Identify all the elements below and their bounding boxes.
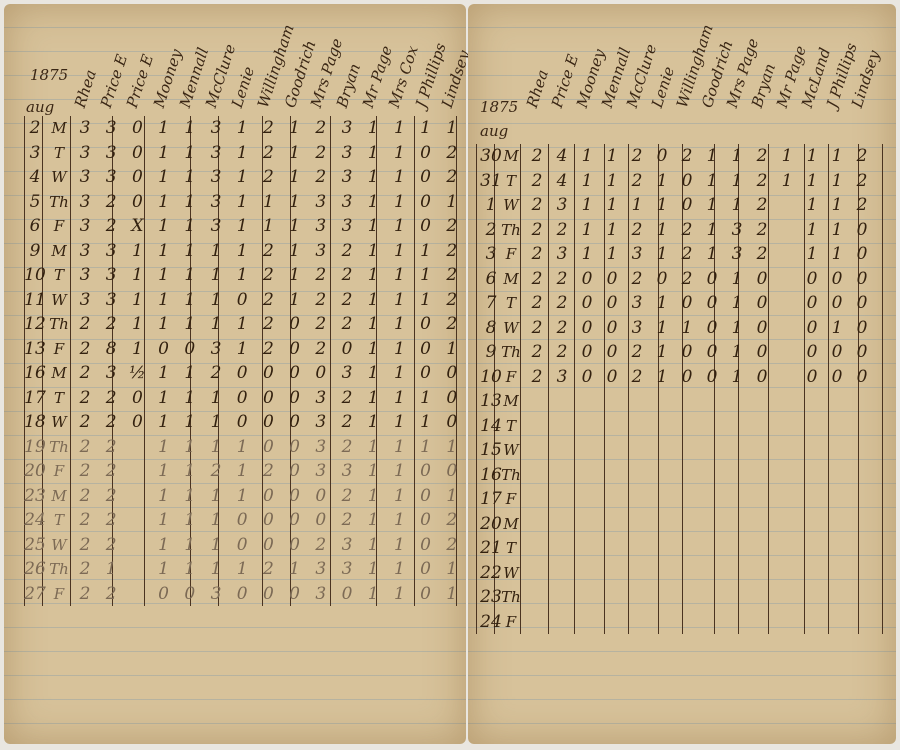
row-weekday: W bbox=[48, 410, 70, 434]
tally-cell: 3 bbox=[551, 193, 573, 217]
ledger-row: 20M bbox=[468, 512, 896, 537]
tally-cell: 1 bbox=[826, 242, 848, 266]
tally-cell: 1 bbox=[801, 144, 823, 168]
tally-cell: 0 bbox=[257, 410, 279, 434]
row-weekday: Th bbox=[48, 435, 70, 459]
tally-cell: 1 bbox=[801, 169, 823, 193]
tally-cell: 1 bbox=[179, 165, 201, 189]
tally-cell: 2 bbox=[310, 288, 332, 312]
row-date: 16 bbox=[480, 463, 502, 487]
ledger-row: 17F bbox=[468, 487, 896, 512]
tally-cell: 0 bbox=[576, 316, 598, 340]
row-weekday: Th bbox=[48, 190, 70, 214]
tally-cell: 1 bbox=[231, 435, 253, 459]
tally-cell: 1 bbox=[231, 116, 253, 140]
tally-cell: 2 bbox=[336, 386, 358, 410]
row-date: 3 bbox=[480, 242, 502, 266]
tally-cell: 2 bbox=[676, 267, 698, 291]
tally-cell: 1 bbox=[388, 239, 410, 263]
tally-cell: 2 bbox=[626, 144, 648, 168]
tally-cell: 0 bbox=[851, 218, 873, 242]
ledger-row: 25W22111000231102 bbox=[4, 533, 466, 558]
tally-cell: 3 bbox=[551, 365, 573, 389]
tally-cell: 1 bbox=[153, 141, 175, 165]
row-weekday: W bbox=[500, 316, 522, 340]
row-date: 27 bbox=[24, 582, 46, 606]
row-date: 17 bbox=[24, 386, 46, 410]
tally-cell: 1 bbox=[801, 193, 823, 217]
tally-cell: 1 bbox=[701, 242, 723, 266]
tally-cell: 1 bbox=[651, 193, 673, 217]
tally-cell: 0 bbox=[126, 190, 148, 214]
tally-cell: 3 bbox=[100, 141, 122, 165]
row-date: 6 bbox=[480, 267, 502, 291]
ledger-row: 27F22003000301101 bbox=[4, 582, 466, 607]
tally-cell: 0 bbox=[310, 484, 332, 508]
tally-cell: 1 bbox=[415, 116, 437, 140]
tally-cell: 2 bbox=[257, 459, 279, 483]
tally-cell: 1 bbox=[826, 169, 848, 193]
tally-cell: 1 bbox=[153, 435, 175, 459]
tally-cell: 0 bbox=[701, 291, 723, 315]
tally-cell: 1 bbox=[179, 214, 201, 238]
row-weekday: Th bbox=[500, 218, 522, 242]
tally-cell: 0 bbox=[284, 533, 306, 557]
row-weekday: M bbox=[48, 361, 70, 385]
tally-cell: 1 bbox=[231, 141, 253, 165]
row-date: 25 bbox=[24, 533, 46, 557]
tally-cell: 1 bbox=[153, 288, 175, 312]
tally-cell: 2 bbox=[626, 267, 648, 291]
tally-cell: 1 bbox=[776, 169, 798, 193]
row-weekday: Th bbox=[48, 312, 70, 336]
tally-cell: 1 bbox=[388, 459, 410, 483]
tally-cell: 2 bbox=[551, 267, 573, 291]
tally-cell: 0 bbox=[441, 361, 463, 385]
tally-cell: X bbox=[126, 214, 148, 238]
tally-cell: 1 bbox=[776, 144, 798, 168]
tally-cell: 0 bbox=[676, 193, 698, 217]
tally-cell: 1 bbox=[362, 361, 384, 385]
row-weekday: W bbox=[48, 288, 70, 312]
tally-cell: ½ bbox=[126, 361, 148, 385]
tally-cell: 1 bbox=[231, 239, 253, 263]
tally-cell: 2 bbox=[257, 165, 279, 189]
tally-cell: 2 bbox=[100, 214, 122, 238]
tally-cell: 0 bbox=[415, 533, 437, 557]
tally-cell: 1 bbox=[415, 288, 437, 312]
tally-cell: 1 bbox=[205, 557, 227, 581]
tally-cell: 1 bbox=[441, 190, 463, 214]
tally-cell: 1 bbox=[726, 291, 748, 315]
tally-cell: 0 bbox=[751, 365, 773, 389]
right-attendance-grid: 30M2411202112111231T241121011211121W2311… bbox=[468, 144, 896, 634]
tally-cell: 2 bbox=[441, 214, 463, 238]
row-date: 7 bbox=[480, 291, 502, 315]
tally-cell: 1 bbox=[651, 316, 673, 340]
tally-cell: 3 bbox=[205, 141, 227, 165]
tally-cell: 8 bbox=[100, 337, 122, 361]
tally-cell: 1 bbox=[231, 263, 253, 287]
tally-cell: 1 bbox=[205, 288, 227, 312]
row-date: 19 bbox=[24, 435, 46, 459]
tally-cell: 2 bbox=[310, 141, 332, 165]
tally-cell: 1 bbox=[153, 263, 175, 287]
tally-cell: 3 bbox=[310, 435, 332, 459]
tally-cell: 0 bbox=[441, 459, 463, 483]
ledger-left-page: RheaPrice EPrice EMooneyMennallMcClureLe… bbox=[4, 4, 466, 744]
tally-cell: 1 bbox=[362, 435, 384, 459]
row-weekday: M bbox=[500, 144, 522, 168]
tally-cell: 0 bbox=[601, 340, 623, 364]
tally-cell: 0 bbox=[179, 582, 201, 606]
tally-cell: 1 bbox=[126, 337, 148, 361]
tally-cell: 2 bbox=[100, 190, 122, 214]
tally-cell: 1 bbox=[179, 190, 201, 214]
ledger-row: 12Th221111120221102 bbox=[4, 312, 466, 337]
tally-cell: 2 bbox=[205, 459, 227, 483]
row-date: 21 bbox=[480, 536, 502, 560]
tally-cell: 1 bbox=[362, 484, 384, 508]
tally-cell: 1 bbox=[179, 361, 201, 385]
tally-cell: 1 bbox=[415, 410, 437, 434]
tally-cell: 2 bbox=[751, 193, 773, 217]
tally-cell: 2 bbox=[257, 263, 279, 287]
tally-cell: 3 bbox=[74, 190, 96, 214]
tally-cell: 3 bbox=[205, 116, 227, 140]
tally-cell: 1 bbox=[231, 165, 253, 189]
tally-cell: 2 bbox=[100, 459, 122, 483]
tally-cell: 0 bbox=[576, 340, 598, 364]
tally-cell: 2 bbox=[676, 144, 698, 168]
row-weekday: T bbox=[500, 536, 522, 560]
tally-cell: 2 bbox=[310, 116, 332, 140]
tally-cell: 1 bbox=[388, 386, 410, 410]
tally-cell: 0 bbox=[851, 365, 873, 389]
tally-cell: 0 bbox=[231, 533, 253, 557]
tally-cell: 1 bbox=[362, 312, 384, 336]
tally-cell: 1 bbox=[601, 193, 623, 217]
tally-cell: 1 bbox=[826, 218, 848, 242]
tally-cell: 3 bbox=[310, 582, 332, 606]
row-weekday: F bbox=[48, 337, 70, 361]
tally-cell: 2 bbox=[100, 484, 122, 508]
row-weekday: F bbox=[48, 214, 70, 238]
tally-cell: 3 bbox=[336, 533, 358, 557]
ledger-row: 3F2311312132110 bbox=[468, 242, 896, 267]
tally-cell: 1 bbox=[231, 459, 253, 483]
tally-cell: 1 bbox=[388, 190, 410, 214]
ledger-row: 14T bbox=[468, 414, 896, 439]
row-date: 12 bbox=[24, 312, 46, 336]
tally-cell: 1 bbox=[362, 508, 384, 532]
ledger-row: 7T2200310010000 bbox=[468, 291, 896, 316]
tally-cell: 0 bbox=[257, 361, 279, 385]
tally-cell: 1 bbox=[179, 141, 201, 165]
tally-cell: 2 bbox=[310, 312, 332, 336]
tally-cell: 2 bbox=[100, 410, 122, 434]
tally-cell: 0 bbox=[676, 291, 698, 315]
tally-cell: 2 bbox=[100, 533, 122, 557]
tally-cell: 2 bbox=[257, 141, 279, 165]
tally-cell: 1 bbox=[441, 557, 463, 581]
row-date: 3 bbox=[24, 141, 46, 165]
tally-cell: 0 bbox=[284, 312, 306, 336]
row-weekday: M bbox=[48, 239, 70, 263]
tally-cell: 3 bbox=[100, 263, 122, 287]
tally-cell: 2 bbox=[74, 557, 96, 581]
tally-cell: 0 bbox=[284, 459, 306, 483]
ledger-row: 10T331111121221112 bbox=[4, 263, 466, 288]
tally-cell: 2 bbox=[336, 288, 358, 312]
tally-cell: 0 bbox=[284, 410, 306, 434]
tally-cell: 1 bbox=[205, 410, 227, 434]
row-weekday: T bbox=[48, 141, 70, 165]
tally-cell: 2 bbox=[310, 337, 332, 361]
tally-cell: 2 bbox=[336, 508, 358, 532]
row-weekday: T bbox=[500, 169, 522, 193]
tally-cell: 1 bbox=[415, 263, 437, 287]
tally-cell: 0 bbox=[576, 365, 598, 389]
tally-cell: 2 bbox=[336, 410, 358, 434]
tally-cell: 0 bbox=[851, 267, 873, 291]
tally-cell: 1 bbox=[126, 263, 148, 287]
tally-cell: 1 bbox=[205, 484, 227, 508]
tally-cell: 3 bbox=[205, 214, 227, 238]
tally-cell: 2 bbox=[526, 144, 548, 168]
tally-cell: 1 bbox=[576, 242, 598, 266]
tally-cell: 1 bbox=[388, 533, 410, 557]
row-date: 24 bbox=[480, 610, 502, 634]
tally-cell: 1 bbox=[576, 169, 598, 193]
tally-cell: 1 bbox=[362, 214, 384, 238]
tally-cell: 2 bbox=[851, 169, 873, 193]
tally-cell: 1 bbox=[284, 190, 306, 214]
row-weekday: M bbox=[500, 267, 522, 291]
tally-cell: 1 bbox=[153, 557, 175, 581]
tally-cell: 1 bbox=[153, 214, 175, 238]
tally-cell: 0 bbox=[851, 291, 873, 315]
ledger-row: 1W2311110112112 bbox=[468, 193, 896, 218]
tally-cell: 2 bbox=[441, 288, 463, 312]
tally-cell: 0 bbox=[751, 340, 773, 364]
row-weekday: M bbox=[500, 512, 522, 536]
tally-cell: 1 bbox=[231, 312, 253, 336]
row-weekday: T bbox=[48, 386, 70, 410]
tally-cell: 0 bbox=[415, 190, 437, 214]
tally-cell: 3 bbox=[310, 410, 332, 434]
tally-cell: 1 bbox=[179, 116, 201, 140]
tally-cell: 3 bbox=[310, 557, 332, 581]
tally-cell: 2 bbox=[310, 533, 332, 557]
row-weekday: M bbox=[48, 116, 70, 140]
tally-cell: 2 bbox=[74, 508, 96, 532]
tally-cell: 2 bbox=[526, 242, 548, 266]
tally-cell: 0 bbox=[126, 410, 148, 434]
tally-cell: 0 bbox=[284, 484, 306, 508]
tally-cell: 1 bbox=[651, 242, 673, 266]
row-date: 23 bbox=[480, 585, 502, 609]
row-weekday: F bbox=[500, 487, 522, 511]
tally-cell: 0 bbox=[751, 316, 773, 340]
tally-cell: 0 bbox=[676, 365, 698, 389]
tally-cell: 1 bbox=[179, 533, 201, 557]
tally-cell: 3 bbox=[726, 242, 748, 266]
tally-cell: 0 bbox=[231, 508, 253, 532]
tally-cell: 1 bbox=[179, 508, 201, 532]
tally-cell: 1 bbox=[362, 141, 384, 165]
tally-cell: 1 bbox=[576, 193, 598, 217]
tally-cell: 1 bbox=[153, 361, 175, 385]
row-date: 17 bbox=[480, 487, 502, 511]
tally-cell: 1 bbox=[726, 365, 748, 389]
tally-cell: 1 bbox=[676, 316, 698, 340]
tally-cell: 2 bbox=[336, 435, 358, 459]
row-date: 6 bbox=[24, 214, 46, 238]
tally-cell: 2 bbox=[851, 193, 873, 217]
tally-cell: 2 bbox=[441, 508, 463, 532]
tally-cell: 2 bbox=[257, 312, 279, 336]
tally-cell: 0 bbox=[826, 340, 848, 364]
tally-cell: 2 bbox=[526, 193, 548, 217]
tally-cell: 2 bbox=[74, 312, 96, 336]
tally-cell: 1 bbox=[205, 435, 227, 459]
tally-cell: 2 bbox=[626, 218, 648, 242]
tally-cell: 2 bbox=[100, 312, 122, 336]
tally-cell: 3 bbox=[310, 239, 332, 263]
right-column-headers: RheaPrice EMooneyMennallMcClureLenieWill… bbox=[468, 4, 896, 116]
tally-cell: 1 bbox=[388, 116, 410, 140]
tally-cell: 1 bbox=[388, 288, 410, 312]
tally-cell: 0 bbox=[676, 169, 698, 193]
tally-cell: 0 bbox=[751, 291, 773, 315]
tally-cell: 2 bbox=[551, 218, 573, 242]
row-date: 13 bbox=[24, 337, 46, 361]
tally-cell: 0 bbox=[601, 365, 623, 389]
tally-cell: 1 bbox=[601, 218, 623, 242]
tally-cell: 1 bbox=[205, 239, 227, 263]
month-label: aug bbox=[26, 98, 54, 116]
tally-cell: 0 bbox=[257, 582, 279, 606]
tally-cell: 1 bbox=[388, 312, 410, 336]
row-date: 23 bbox=[24, 484, 46, 508]
ledger-row: 21T bbox=[468, 536, 896, 561]
tally-cell: 3 bbox=[336, 116, 358, 140]
tally-cell: 2 bbox=[74, 361, 96, 385]
tally-cell: 2 bbox=[676, 242, 698, 266]
tally-cell: 1 bbox=[362, 165, 384, 189]
row-weekday: Th bbox=[500, 585, 522, 609]
tally-cell: 3 bbox=[626, 316, 648, 340]
tally-cell: 1 bbox=[651, 340, 673, 364]
tally-cell: 2 bbox=[336, 484, 358, 508]
row-date: 18 bbox=[24, 410, 46, 434]
tally-cell: 1 bbox=[726, 340, 748, 364]
tally-cell: 1 bbox=[153, 239, 175, 263]
tally-cell: 1 bbox=[701, 144, 723, 168]
tally-cell: 0 bbox=[751, 267, 773, 291]
tally-cell: 1 bbox=[701, 193, 723, 217]
ledger-row: 22W bbox=[468, 561, 896, 586]
tally-cell: 1 bbox=[576, 144, 598, 168]
tally-cell: 2 bbox=[310, 263, 332, 287]
tally-cell: 1 bbox=[601, 242, 623, 266]
tally-cell: 0 bbox=[310, 508, 332, 532]
tally-cell: 0 bbox=[441, 410, 463, 434]
tally-cell: 0 bbox=[231, 582, 253, 606]
tally-cell: 1 bbox=[179, 263, 201, 287]
tally-cell: 0 bbox=[801, 267, 823, 291]
tally-cell: 1 bbox=[179, 288, 201, 312]
tally-cell: 0 bbox=[801, 340, 823, 364]
tally-cell: 1 bbox=[205, 533, 227, 557]
tally-cell: 0 bbox=[179, 337, 201, 361]
tally-cell: 3 bbox=[205, 582, 227, 606]
ledger-row: 9M331111121321112 bbox=[4, 239, 466, 264]
tally-cell: 3 bbox=[310, 386, 332, 410]
tally-cell: 0 bbox=[257, 386, 279, 410]
tally-cell: 0 bbox=[257, 484, 279, 508]
row-weekday: M bbox=[48, 484, 70, 508]
row-weekday: F bbox=[500, 610, 522, 634]
tally-cell: 0 bbox=[576, 267, 598, 291]
tally-cell: 1 bbox=[257, 190, 279, 214]
tally-cell: 4 bbox=[551, 169, 573, 193]
left-column-headers: RheaPrice EPrice EMooneyMennallMcClureLe… bbox=[4, 4, 466, 116]
tally-cell: 1 bbox=[126, 239, 148, 263]
ledger-row: 2Th2211212132110 bbox=[468, 218, 896, 243]
tally-cell: 3 bbox=[74, 116, 96, 140]
column-header: Rhea bbox=[71, 68, 100, 110]
tally-cell: 2 bbox=[441, 312, 463, 336]
tally-cell: 0 bbox=[851, 242, 873, 266]
tally-cell: 0 bbox=[801, 365, 823, 389]
tally-cell: 2 bbox=[74, 410, 96, 434]
tally-cell: 2 bbox=[551, 316, 573, 340]
row-date: 11 bbox=[24, 288, 46, 312]
tally-cell: 2 bbox=[526, 267, 548, 291]
tally-cell: 2 bbox=[74, 386, 96, 410]
tally-cell: 1 bbox=[231, 557, 253, 581]
tally-cell: 0 bbox=[701, 365, 723, 389]
tally-cell: 0 bbox=[153, 337, 175, 361]
tally-cell: 2 bbox=[74, 435, 96, 459]
tally-cell: 3 bbox=[336, 557, 358, 581]
tally-cell: 1 bbox=[284, 214, 306, 238]
tally-cell: 1 bbox=[576, 218, 598, 242]
tally-cell: 3 bbox=[100, 288, 122, 312]
row-date: 13 bbox=[480, 389, 502, 413]
tally-cell: 1 bbox=[826, 316, 848, 340]
tally-cell: 3 bbox=[336, 165, 358, 189]
tally-cell: 0 bbox=[284, 337, 306, 361]
tally-cell: 1 bbox=[388, 263, 410, 287]
tally-cell: 1 bbox=[231, 190, 253, 214]
row-weekday: T bbox=[500, 291, 522, 315]
tally-cell: 1 bbox=[726, 267, 748, 291]
tally-cell: 1 bbox=[441, 337, 463, 361]
tally-cell: 2 bbox=[441, 533, 463, 557]
tally-cell: 3 bbox=[74, 263, 96, 287]
ledger-row: 31T24112101121112 bbox=[468, 169, 896, 194]
tally-cell: 1 bbox=[153, 116, 175, 140]
tally-cell: 1 bbox=[441, 484, 463, 508]
year-label: 1875 bbox=[30, 66, 68, 84]
tally-cell: 1 bbox=[153, 410, 175, 434]
tally-cell: 1 bbox=[362, 386, 384, 410]
tally-cell: 3 bbox=[100, 165, 122, 189]
tally-cell: 2 bbox=[100, 386, 122, 410]
